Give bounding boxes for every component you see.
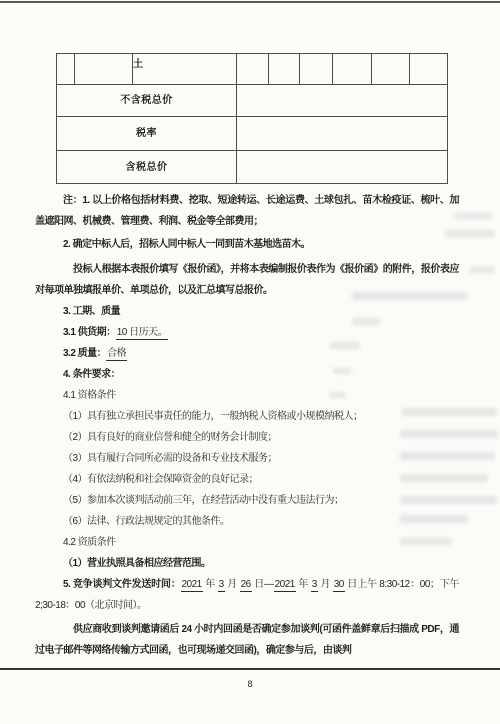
section-4-2-heading: 4.2 资质条件 [35, 532, 459, 553]
section-4-heading: 4. 条件要求： [35, 364, 459, 385]
table-row: 含税总价 [57, 151, 448, 184]
price-summary-table: 土 不含税总价 税率 含税总价 [56, 53, 448, 184]
document-content: 土 不含税总价 税率 含税总价 注：1. 以上价格包括材料费、挖取、短途 [35, 53, 459, 661]
table-row: 土 [57, 54, 448, 85]
quality-label: 3.2 质量： [63, 348, 106, 359]
supply-period-label: 3.1 供货期： [63, 327, 116, 338]
qualification-item-2: （2）具有良好的商业信誉和健全的财务会计制度； [35, 427, 459, 448]
table-cell [410, 54, 448, 85]
bleed-through-artifact [455, 213, 493, 219]
qualification-item-4: （4）有依法纳税和社会保障资金的良好记录； [35, 469, 459, 490]
incl-tax-total-label: 含税总价 [57, 151, 237, 184]
send-year-2: 2021 [274, 579, 296, 592]
send-month-2: 3 [311, 579, 318, 592]
send-time-label: 5. 竞争谈判文件发送时间： [63, 579, 181, 590]
page-number: 8 [0, 674, 500, 695]
section-3-1-supply-period: 3.1 供货期：10 日历天。 [35, 322, 459, 343]
excl-tax-total-value [237, 85, 448, 117]
scanned-document-page: 土 不含税总价 税率 含税总价 注：1. 以上价格包括材料费、挖取、短途 [0, 0, 500, 724]
table-row: 税率 [57, 117, 448, 151]
qualification-item-3: （3）具有履行合同所必需的设备和专业技术服务； [35, 448, 459, 469]
qualification-item-5: （5）参加本次谈判活动前三年，在经营活动中没有重大违法行为； [35, 490, 459, 511]
table-cell-soil: 土 [133, 54, 237, 85]
tax-rate-label: 税率 [57, 117, 237, 151]
business-license-item: （1）营业执照具备相应经营范围。 [35, 553, 459, 574]
table-row: 不含税总价 [57, 85, 448, 117]
scan-edge-artifact [0, 1, 500, 3]
section-3-heading: 3. 工期、质量 [35, 301, 459, 322]
table-cell [237, 54, 269, 85]
reply-instruction-paragraph: 供应商收到谈判邀请函后 24 小时内回函是否确定参加谈判(可函件盖鲜章后扫描成 … [35, 619, 459, 661]
send-day-2: 30 [333, 579, 345, 592]
table-cell [269, 54, 300, 85]
note-price-inclusions: 注：1. 以上价格包括材料费、挖取、短途转运、长途运费、土球包扎、苗木检疫证、梳… [35, 190, 459, 232]
send-time-text: 月 [225, 579, 240, 590]
incl-tax-total-value [237, 151, 448, 184]
send-time-text: 年 [296, 579, 311, 590]
excl-tax-total-label: 不含税总价 [57, 85, 237, 117]
note-seedling-selection: 2. 确定中标人后，招标人同中标人一同到苗木基地选苗木。 [35, 234, 459, 255]
supply-period-value: 10 日历天。 [116, 327, 168, 340]
table-cell [75, 54, 133, 85]
send-time-text: 年 [203, 579, 218, 590]
table-cell [300, 54, 333, 85]
send-year-1: 2021 [181, 579, 203, 592]
bleed-through-artifact [470, 267, 495, 273]
bid-quotation-instruction: 投标人根据本表报价填写《报价函》，并将本表编制报价表作为《报价函》的附件，报价表… [35, 259, 459, 301]
quality-value: 合格 [106, 348, 127, 361]
table-cell [333, 54, 372, 85]
send-day-1: 26 [240, 579, 252, 592]
section-5-send-time: 5. 竞争谈判文件发送时间：2021 年 3 月 26 日—2021 年 3 月… [35, 574, 459, 616]
section-3-2-quality: 3.2 质量：合格 [35, 343, 459, 364]
section-4-1-heading: 4.1 资格条件 [35, 385, 459, 406]
send-time-text: 月 [318, 579, 333, 590]
tax-rate-value [237, 117, 448, 151]
qualification-item-1: （1）具有独立承担民事责任的能力，一般纳税人资格或小规模纳税人； [35, 406, 459, 427]
send-month-1: 3 [218, 579, 225, 592]
qualification-item-6: （6）法律、行政法规规定的其他条件。 [35, 511, 459, 532]
table-cell [57, 54, 75, 85]
footer-rule [0, 668, 500, 670]
send-time-text: 日— [252, 579, 274, 590]
table-cell [372, 54, 410, 85]
